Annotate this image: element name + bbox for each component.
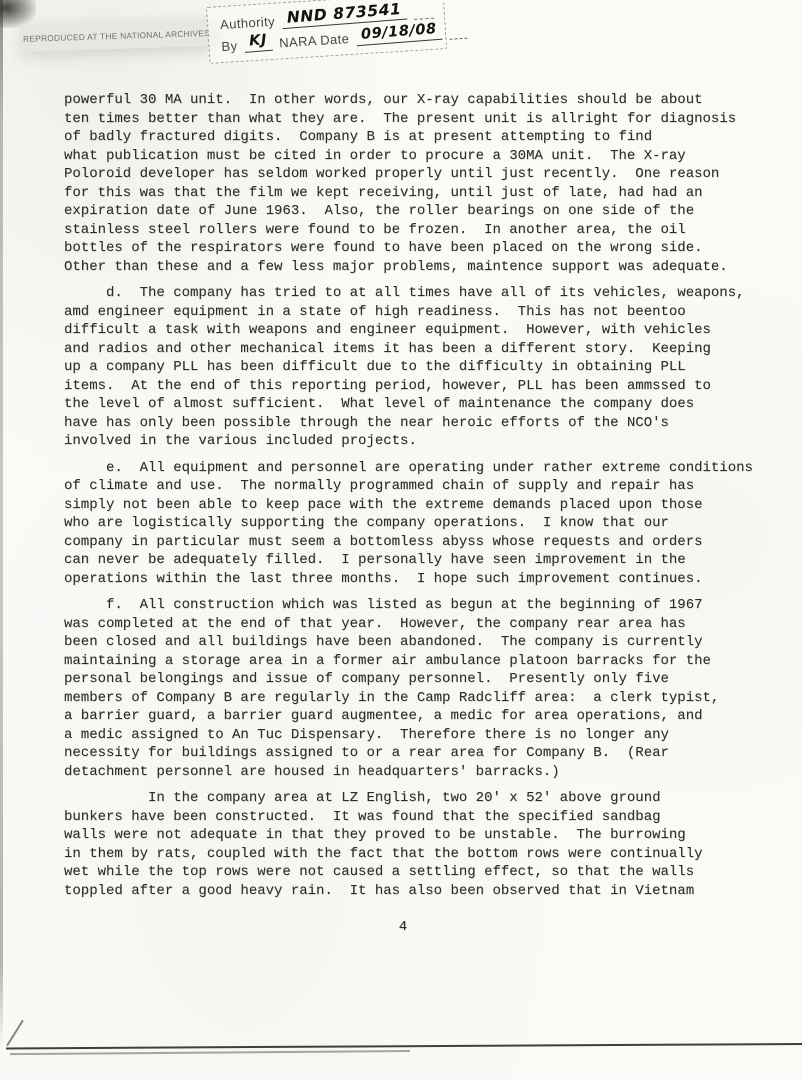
nara-date-label: NARA Date (279, 32, 350, 51)
document-body: powerful 30 MA unit. In other words, our… (64, 91, 764, 937)
scan-edge-bottom-line (6, 1043, 802, 1050)
paragraph-e-extreme-conditions: e. All equipment and personnel are opera… (64, 459, 764, 589)
by-initials-handwritten: KJ (244, 33, 273, 53)
scan-edge-left-artifact (0, 0, 3, 1048)
national-archives-stamp-text: REPRODUCED AT THE NATIONAL ARCHIVES (23, 27, 210, 43)
declassification-authority-stamp: Authority NND 873541 By KJ NARA Date 09/… (206, 0, 447, 64)
paragraph-xray-continuation: powerful 30 MA unit. In other words, our… (64, 91, 764, 276)
scan-edge-bottom-faint-line (10, 1050, 410, 1055)
page-number: 4 (64, 918, 764, 937)
date-handwritten: 09/18/08 (355, 22, 442, 46)
paragraph-f-construction: f. All construction which was listed as … (64, 596, 764, 781)
paragraph-d-equipment-readiness: d. The company has tried to at all times… (64, 284, 764, 451)
by-label: By (221, 39, 238, 54)
paragraph-lz-english-bunkers: In the company area at LZ English, two 2… (64, 789, 764, 900)
stamp-dashed-line (449, 25, 468, 40)
national-archives-stamp: REPRODUCED AT THE NATIONAL ARCHIVES (20, 19, 209, 52)
authority-label: Authority (220, 14, 276, 32)
stamp-dashed-line (413, 5, 434, 20)
scan-crease-mark (6, 1020, 24, 1047)
